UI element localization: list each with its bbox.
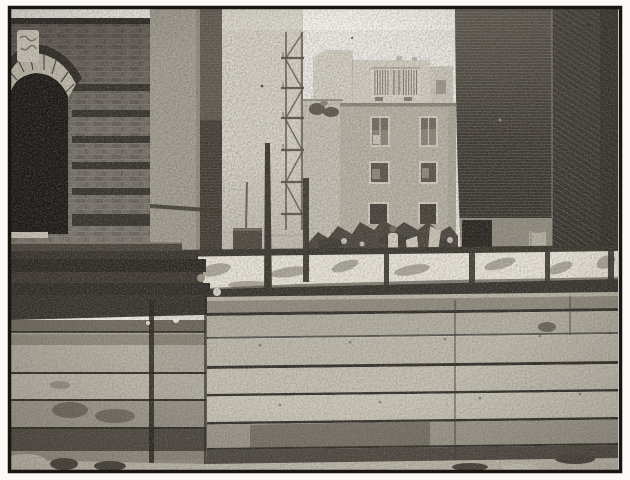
vignette (11, 9, 618, 470)
photo-scene (0, 8, 620, 472)
printed-page (0, 0, 630, 480)
photograph (0, 0, 630, 480)
